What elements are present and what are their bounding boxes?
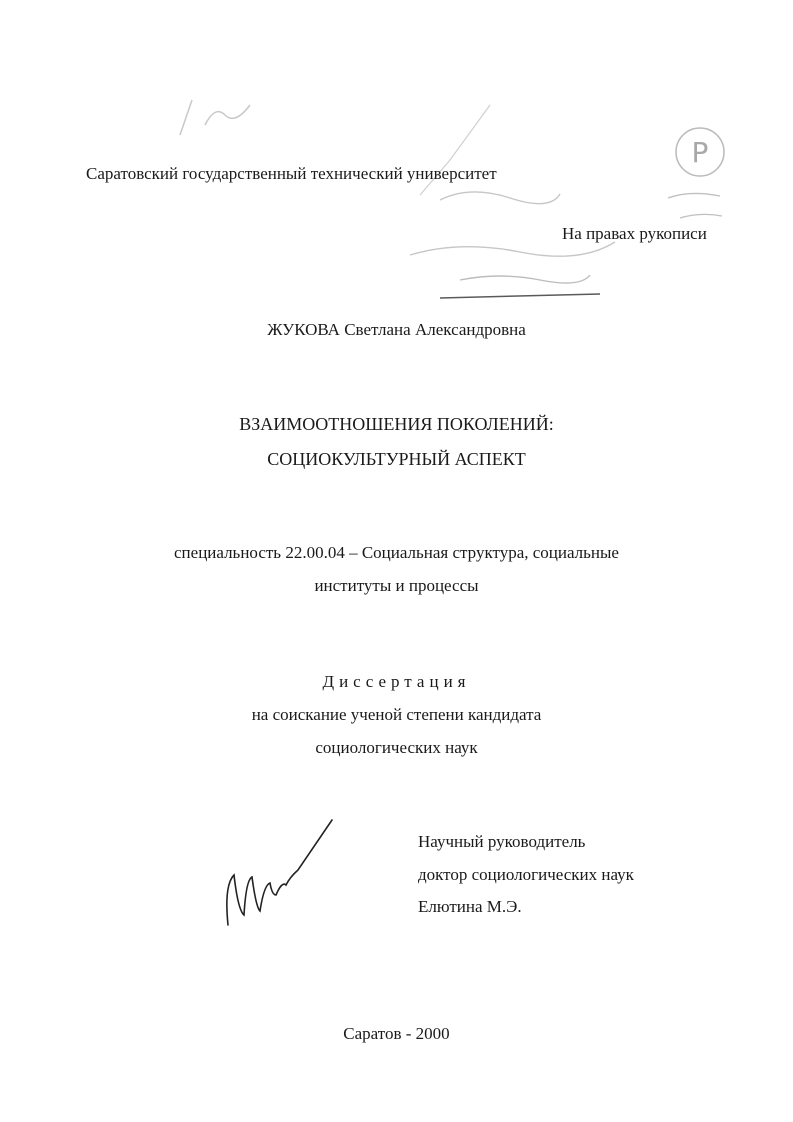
svg-text:Р: Р [692,136,709,169]
supervisor-label: Научный руководитель [418,832,585,852]
specialty-line-1: специальность 22.00.04 – Социальная стру… [0,543,793,563]
degree-line-1: на соискание ученой степени кандидата [0,705,793,725]
author-signature [220,815,340,935]
rights-note: На правах рукописи [562,224,707,244]
library-stamp-icon: Р [660,120,740,230]
thesis-title-line-1: ВЗАИМООТНОШЕНИЯ ПОКОЛЕНИЙ: [0,414,793,434]
institution-name: Саратовский государственный технический … [86,164,497,184]
author-name: ЖУКОВА Светлана Александровна [0,320,793,340]
degree-line-2: социологических наук [0,738,793,758]
supervisor-name: Елютина М.Э. [418,897,522,917]
supervisor-degree: доктор социологических наук [418,865,634,885]
city-year: Саратов - 2000 [0,1024,793,1044]
document-type: Диссертация [0,672,793,692]
handwritten-marks-top [170,85,290,145]
specialty-line-2: институты и процессы [0,576,793,596]
thesis-title-line-2: СОЦИОКУЛЬТУРНЫЙ АСПЕКТ [0,449,793,469]
